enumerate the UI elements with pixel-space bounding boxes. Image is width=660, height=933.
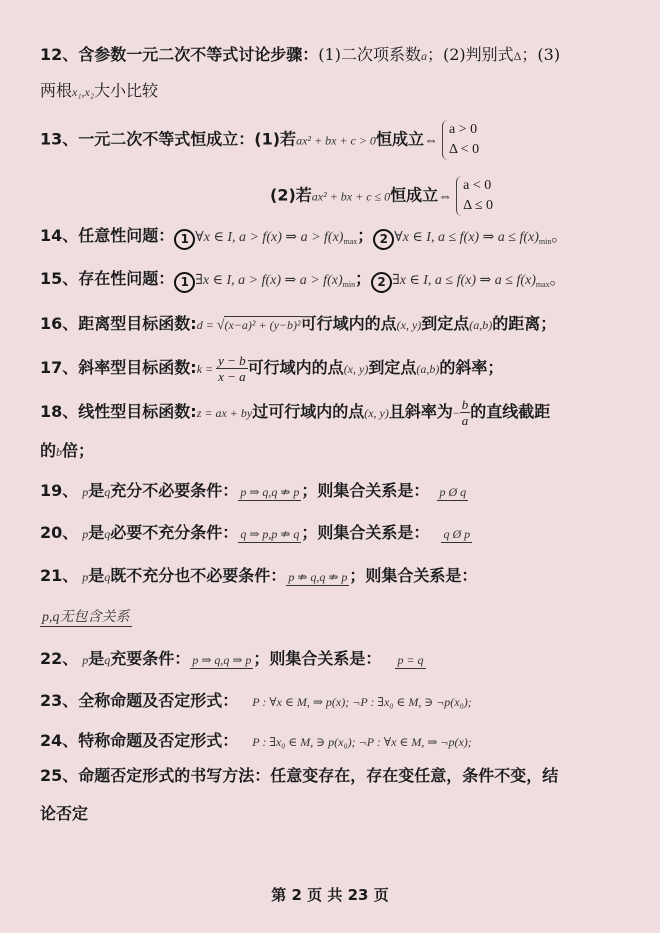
set-relation: p = q [395,653,425,669]
period: 。 [550,269,566,288]
item-23: 23、全称命题及否定形式：P : ∀x ∈ M, ⇒ p(x); ¬P : ∃x… [40,690,472,713]
item-16: 16、距离型目标函数:d = √(x−a)² + (y−b)²可行域内的点(x,… [40,313,556,337]
text: 是 [88,649,104,668]
point-ab: (a,b) [416,362,439,376]
condition: Δ < 0 [449,140,479,160]
item-title: 特称命题及否定形式： [78,731,238,750]
item-title: 既不充分也不必要条件： [110,566,286,585]
set-relation: p,q无包含关系 [40,610,132,627]
page-number-footer: 第 2 页 共 23 页 [0,884,660,905]
item-18-line-1: 18、线性型目标函数:z = ax + by过可行域内的点(x, y)且斜率为−… [40,397,550,428]
text: 到定点 [421,314,469,333]
item-title: 任意性问题： [78,226,174,245]
item-title: 全称命题及否定形式： [78,691,238,710]
var-roots: x₁,x₂ [72,85,94,99]
item-number: 16、 [40,314,78,333]
item-number: 25、 [40,766,78,785]
item-13-line-2: (2)若ax² + bx + c ≤ 0恒成立⇔a < 0Δ ≤ 0 [270,176,493,216]
text: 大小比较 [94,81,158,100]
formula-lhs: k = [197,362,216,376]
sqrt-radicand: (x−a)² + (y−b)² [224,316,300,332]
text: 是 [88,523,104,542]
formula-1: ∀x ∈ I, a > f(x) ⇒ a > f(x) [195,230,343,245]
implication-relation: p ⇒ q,q ⇒ p [190,653,253,669]
item-12-line-1: 12、含参数一元二次不等式讨论步骤：(1)二次项系数a；(2)判别式Δ；(3) [40,44,560,67]
item-12-line-2: 两根x₁,x₂大小比较 [40,80,158,103]
formula: z = ax + by [197,406,253,420]
item-number: 22、 [40,649,78,668]
point-ab: (a,b) [469,318,492,332]
separator: ； [521,45,537,64]
text: 是 [88,566,104,585]
case-2-label: (2)若 [270,186,312,205]
text: ；则集合关系是： [349,566,477,585]
item-title: 充分不必要条件： [110,481,238,500]
iff-arrow: ⇔ [424,134,438,149]
item-title: 含参数一元二次不等式讨论步骤： [78,45,318,64]
body-text: 论否定 [40,804,88,823]
implication-relation: p ⇒ q,q ⇏ p [238,485,301,501]
item-number: 24、 [40,731,78,750]
text: ；则集合关系是： [301,523,429,542]
condition: Δ ≤ 0 [463,196,493,216]
set-relation: q Ø p [441,527,472,543]
item-number: 13、 [40,130,78,149]
document-page: 12、含参数一元二次不等式讨论步骤：(1)二次项系数a；(2)判别式Δ；(3) … [0,0,660,933]
implication-relation: q ⇒ p,p ⇏ q [238,527,301,543]
step-3-text: (3) [537,45,560,64]
item-20: 20、p是q必要不充分条件：q ⇒ p,p ⇏ q；则集合关系是：q Ø p [40,522,472,545]
item-title: 线性型目标函数: [78,402,196,421]
item-number: 20、 [40,523,78,542]
item-22: 22、p是q充要条件：p ⇒ q,q ⇒ p；则集合关系是：p = q [40,648,426,671]
condition: a < 0 [463,176,493,196]
point-xy: (x, y) [344,362,369,376]
item-title: 斜率型目标函数: [78,358,196,377]
minus-sign: − [453,406,460,420]
item-24: 24、特称命题及否定形式：P : ∃x₀ ∈ M, ∋ p(x₀); ¬P : … [40,730,472,753]
case-1-expr: ax² + bx + c > 0 [296,134,376,148]
text: 可行域内的点 [301,314,397,333]
item-18-line-2: 的b倍； [40,440,94,463]
item-number: 17、 [40,358,78,377]
denominator: x − a [216,369,248,384]
iff-arrow: ⇔ [438,190,452,205]
case-1-tail: 恒成立 [376,130,424,149]
formula-lhs: d = [197,318,217,332]
circled-number-1: 1 [174,272,195,293]
numerator: y − b [216,353,248,369]
item-number: 19、 [40,481,78,500]
denominator: a [460,413,471,428]
case-2-tail: 恒成立 [390,186,438,205]
case-1-label: (1)若 [254,130,296,149]
step-1-text: (1)二次项系数 [318,45,421,64]
separator: ； [357,226,373,245]
item-25-line-1: 25、命题否定形式的书写方法：任意变存在，存在变任意，条件不变，结 [40,765,558,787]
text: 的距离； [492,314,556,333]
subscript: min [539,237,551,246]
text: 两根 [40,81,72,100]
text: 的斜率； [439,358,503,377]
item-title: 一元二次不等式恒成立： [78,130,254,149]
item-21-line-2: p,q无包含关系 [40,605,132,629]
item-14: 14、任意性问题：1∀x ∈ I, a > f(x) ⇒ a > f(x)max… [40,225,567,253]
case-2-expr: ax² + bx + c ≤ 0 [312,190,390,204]
circled-number-2: 2 [371,272,392,293]
item-number: 18、 [40,402,78,421]
step-2-text: (2)判别式 [443,45,514,64]
text: 且斜率为 [389,402,453,421]
text: 倍； [62,441,94,460]
formula-1: ∃x ∈ I, a > f(x) ⇒ a > f(x) [195,273,342,288]
text: ；则集合关系是： [253,649,381,668]
item-title: 距离型目标函数: [78,314,196,333]
numerator: b [460,397,471,413]
circled-number-2: 2 [373,229,394,250]
text: 的 [40,441,56,460]
text: 是 [88,481,104,500]
item-15: 15、存在性问题：1∃x ∈ I, a > f(x) ⇒ a > f(x)min… [40,268,566,296]
formula: P : ∃x₀ ∈ M, ∋ p(x₀); ¬P : ∀x ∈ M, ⇒ ¬p(… [252,735,472,749]
separator: ； [355,269,371,288]
item-title: 充要条件： [110,649,190,668]
formula-2: ∃x ∈ I, a ≤ f(x) ⇒ a ≤ f(x) [392,273,536,288]
item-25-line-2: 论否定 [40,803,88,825]
item-17: 17、斜率型目标函数:k = y − bx − a可行域内的点(x, y)到定点… [40,353,503,384]
item-title: 必要不充分条件： [110,523,238,542]
subscript: max [536,280,550,289]
item-19: 19、p是q充分不必要条件：p ⇒ q,q ⇏ p；则集合关系是：p Ø q [40,480,468,503]
text: 的直线截距 [470,402,550,421]
formula: P : ∀x ∈ M, ⇒ p(x); ¬P : ∃x₀ ∈ M, ∋ ¬p(x… [252,695,472,709]
item-number: 23、 [40,691,78,710]
implication-relation: p ⇏ q,q ⇏ p [286,570,349,586]
item-number: 14、 [40,226,78,245]
period: 。 [551,226,567,245]
item-number: 15、 [40,269,78,288]
point-xy: (x, y) [364,406,389,420]
slope-fraction: ba [460,397,471,428]
case-2-conditions: a < 0Δ ≤ 0 [456,176,493,216]
subscript: min [343,280,355,289]
subscript: max [343,237,357,246]
case-1-conditions: a > 0Δ < 0 [442,120,479,160]
point-xy: (x, y) [397,318,422,332]
item-number: 21、 [40,566,78,585]
separator: ； [427,45,443,64]
slope-fraction: y − bx − a [216,353,248,384]
formula-2: ∀x ∈ I, a ≤ f(x) ⇒ a ≤ f(x) [394,230,539,245]
item-title: 存在性问题： [78,269,174,288]
set-relation: p Ø q [437,485,468,501]
condition: a > 0 [449,120,479,140]
text: 过可行域内的点 [252,402,364,421]
item-13-line-1: 13、一元二次不等式恒成立：(1)若ax² + bx + c > 0恒成立⇔a … [40,120,479,160]
text: 可行域内的点 [248,358,344,377]
circled-number-1: 1 [174,229,195,250]
item-number: 12、 [40,45,78,64]
text: 到定点 [368,358,416,377]
body-text: 任意变存在，存在变任意，条件不变，结 [270,766,558,785]
item-21-line-1: 21、p是q既不充分也不必要条件：p ⇏ q,q ⇏ p；则集合关系是： [40,565,477,588]
item-title: 命题否定形式的书写方法： [78,766,270,785]
text: ；则集合关系是： [301,481,429,500]
